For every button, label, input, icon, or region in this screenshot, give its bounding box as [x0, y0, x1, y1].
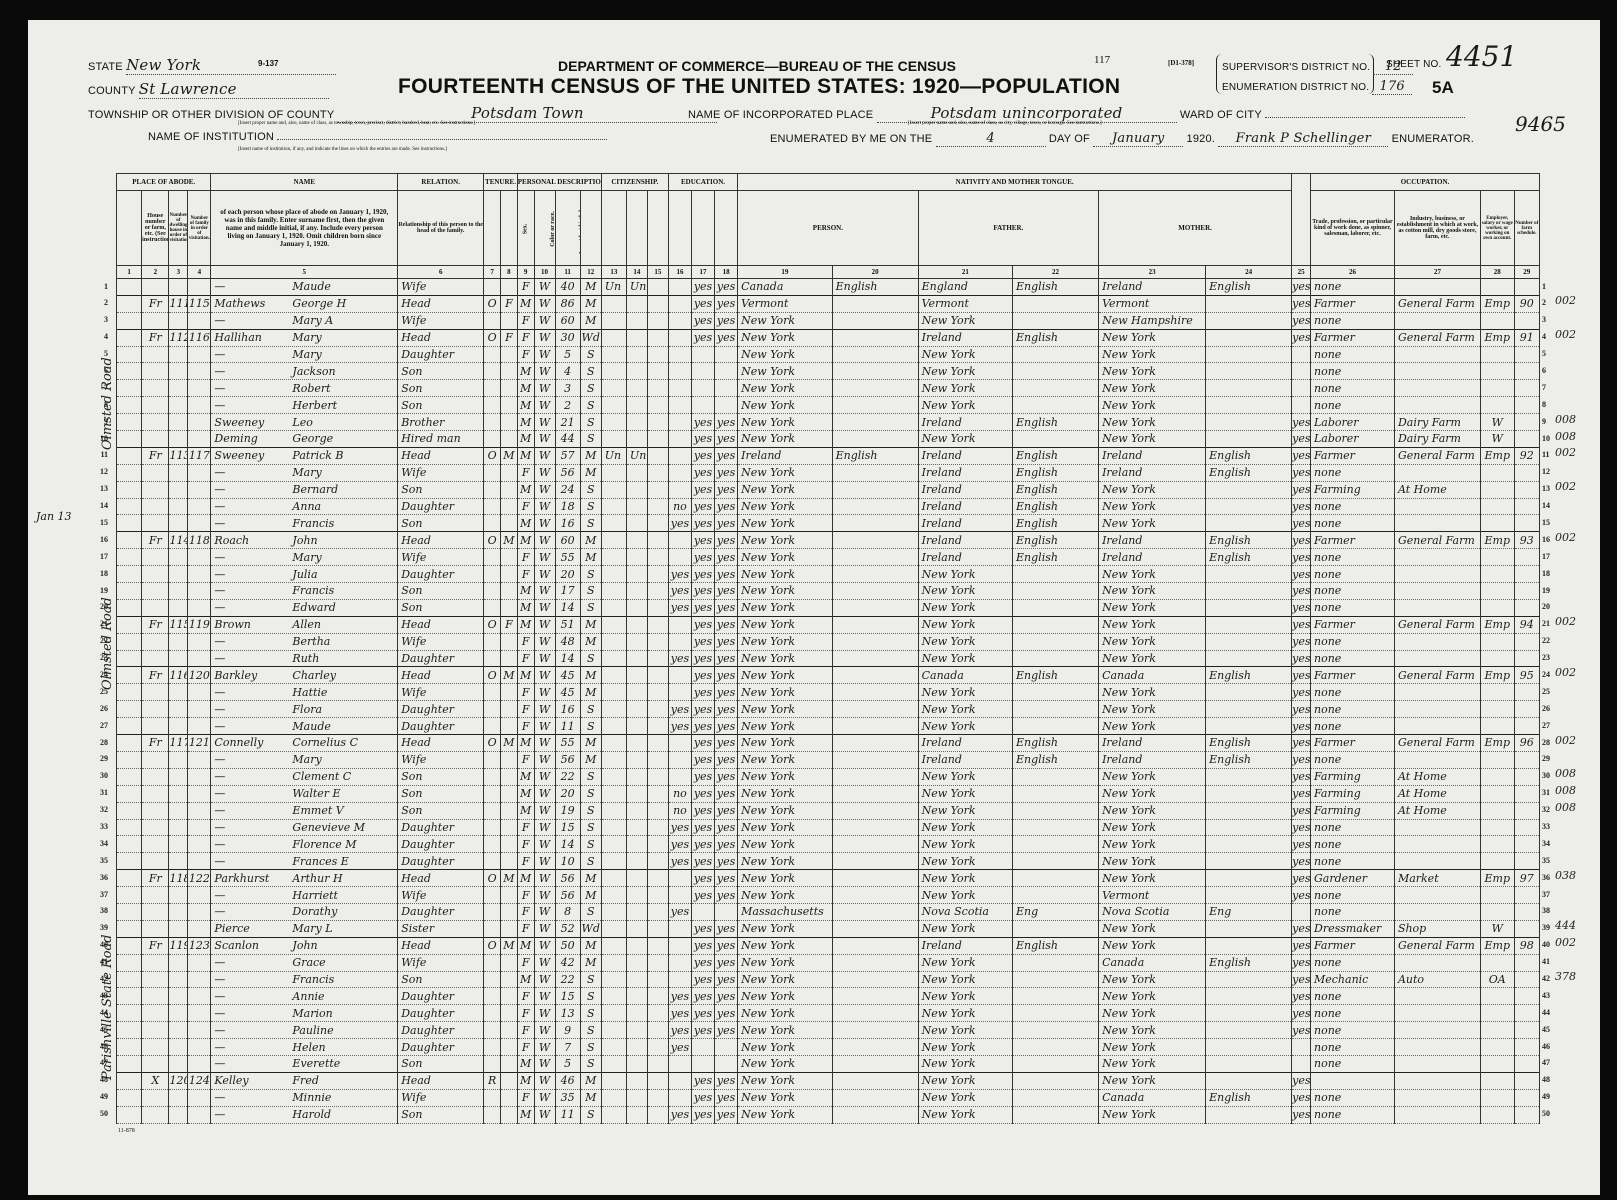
- cell-school: [668, 447, 691, 464]
- cell-school: yes: [668, 836, 691, 853]
- cell-m-tongue: [1206, 1055, 1292, 1072]
- cell-natyr: [647, 363, 668, 380]
- cell-immig: [601, 346, 626, 363]
- table-row: —GraceWifeFW42MyesyesNew YorkNew YorkCan…: [117, 954, 1540, 971]
- cell-owned: O: [484, 937, 501, 954]
- cell-immig: [601, 735, 626, 752]
- cell-class: OA: [1480, 971, 1514, 988]
- occupation-code: 002: [1555, 531, 1576, 544]
- cell-dwelling: [169, 380, 188, 397]
- col-number-2: 2: [142, 266, 169, 279]
- line-number-right: 32: [1542, 805, 1550, 814]
- group-personal: PERSONAL DESCRIPTION.: [517, 174, 601, 191]
- cell-mortgage: [501, 599, 518, 616]
- cell-family: [188, 1039, 211, 1056]
- cell-street: [117, 701, 142, 718]
- cell-street: [117, 633, 142, 650]
- cell-color: W: [534, 329, 555, 346]
- cell-family: [188, 802, 211, 819]
- cell-school: [668, 887, 691, 904]
- cell-pob: New York: [738, 684, 832, 701]
- cell-owned: [484, 819, 501, 836]
- cell-trade: Farmer: [1311, 295, 1395, 312]
- surname: —: [214, 905, 292, 918]
- cell-read: yes: [691, 667, 714, 684]
- surname: Deming: [214, 432, 292, 445]
- cell-natyr: [647, 768, 668, 785]
- cell-nat: [626, 1089, 647, 1106]
- given-name: Harold: [292, 1108, 331, 1121]
- cell-color: W: [534, 887, 555, 904]
- given-name: Fred: [292, 1074, 318, 1087]
- cell-f-tongue: [1013, 380, 1099, 397]
- line-number-left: 22: [94, 636, 108, 645]
- cell-f-pob: Ireland: [918, 937, 1012, 954]
- cell-f-tongue: English: [1013, 549, 1099, 566]
- cell-m-pob: New York: [1099, 1022, 1206, 1039]
- cell-f-pob: New York: [918, 785, 1012, 802]
- cell-natyr: [647, 819, 668, 836]
- cell-farm: [1514, 684, 1539, 701]
- surname: —: [214, 770, 292, 783]
- cell-marital: M: [580, 633, 601, 650]
- cell-f-tongue: [1013, 650, 1099, 667]
- cell-m-pob: New York: [1099, 870, 1206, 887]
- cell-dwelling: 120: [169, 1072, 188, 1089]
- cell-natyr: [647, 836, 668, 853]
- enumeration-label: ENUMERATION DISTRICT NO.: [1222, 82, 1369, 93]
- cell-nat: [626, 515, 647, 532]
- cell-m-pob: Ireland: [1099, 532, 1206, 549]
- cell-tongue: [832, 954, 918, 971]
- cell-age: 14: [555, 836, 580, 853]
- cell-tongue: [832, 312, 918, 329]
- cell-m-pob: New York: [1099, 937, 1206, 954]
- cell-english: yes: [1292, 735, 1311, 752]
- cell-natyr: [647, 701, 668, 718]
- cell-f-tongue: [1013, 1005, 1099, 1022]
- cell-owned: [484, 1005, 501, 1022]
- cell-m-pob: Ireland: [1099, 447, 1206, 464]
- cell-house: [142, 481, 169, 498]
- cell-read: yes: [691, 1089, 714, 1106]
- cell-color: W: [534, 819, 555, 836]
- given-name: Cornelius C: [292, 736, 358, 749]
- cell-relation: Head: [398, 735, 484, 752]
- cell-owned: O: [484, 735, 501, 752]
- cell-trade: none: [1311, 903, 1395, 920]
- cell-read: yes: [691, 295, 714, 312]
- cell-tongue: [832, 363, 918, 380]
- cell-school: [668, 431, 691, 448]
- cell-immig: [601, 903, 626, 920]
- cell-marital: M: [580, 312, 601, 329]
- cell-f-pob: Ireland: [918, 481, 1012, 498]
- cell-family: [188, 633, 211, 650]
- cell-family: [188, 920, 211, 937]
- cell-industry: [1394, 1022, 1480, 1039]
- cell-english: yes: [1292, 785, 1311, 802]
- cell-tongue: [832, 1005, 918, 1022]
- cell-write: yes: [715, 853, 738, 870]
- state-value: New York: [126, 56, 336, 75]
- cell-house: Fr: [142, 870, 169, 887]
- cell-trade: Laborer: [1311, 431, 1395, 448]
- given-name: Maude: [292, 720, 330, 733]
- cell-tongue: [832, 650, 918, 667]
- line-number-left: 7: [94, 383, 108, 392]
- line-number-left: 40: [94, 940, 108, 949]
- cell-pob: New York: [738, 1089, 832, 1106]
- cell-write: yes: [715, 532, 738, 549]
- cell-color: W: [534, 279, 555, 296]
- cell-age: 57: [555, 447, 580, 464]
- cell-tongue: [832, 1022, 918, 1039]
- cell-natyr: [647, 1072, 668, 1089]
- cell-f-tongue: English: [1013, 735, 1099, 752]
- given-name: Hattie: [292, 686, 327, 699]
- cell-immig: [601, 1022, 626, 1039]
- cell-mortgage: M: [501, 532, 518, 549]
- line-number-left: 39: [94, 923, 108, 932]
- line-number-left: 14: [94, 501, 108, 510]
- cell-sex: M: [517, 667, 534, 684]
- cell-owned: [484, 751, 501, 768]
- cell-marital: S: [580, 903, 601, 920]
- cell-street: [117, 971, 142, 988]
- cell-relation: Daughter: [398, 498, 484, 515]
- line-number-left: 26: [94, 704, 108, 713]
- cell-m-pob: Canada: [1099, 1089, 1206, 1106]
- cell-m-pob: Ireland: [1099, 735, 1206, 752]
- cell-marital: M: [580, 464, 601, 481]
- cell-read: yes: [691, 532, 714, 549]
- cell-m-tongue: [1206, 870, 1292, 887]
- cell-age: 46: [555, 1072, 580, 1089]
- given-name: Mary: [292, 348, 321, 361]
- cell-f-pob: New York: [918, 1039, 1012, 1056]
- cell-immig: [601, 498, 626, 515]
- cell-street: [117, 650, 142, 667]
- cell-english: yes: [1292, 988, 1311, 1005]
- township-hint: [Insert proper name and, also, name of c…: [238, 121, 475, 126]
- cell-farm: [1514, 954, 1539, 971]
- cell-name: —Julia: [211, 566, 398, 583]
- cell-color: W: [534, 312, 555, 329]
- col-2-header: House number or farm, etc. (See instruct…: [142, 191, 169, 266]
- cell-immig: [601, 566, 626, 583]
- cell-m-pob: New York: [1099, 633, 1206, 650]
- cell-farm: [1514, 650, 1539, 667]
- given-name: Mary: [292, 753, 321, 766]
- cell-english: yes: [1292, 481, 1311, 498]
- cell-industry: [1394, 1039, 1480, 1056]
- enumerated-year: 1920.: [1187, 133, 1216, 145]
- cell-read: yes: [691, 549, 714, 566]
- cell-m-tongue: [1206, 768, 1292, 785]
- cell-m-tongue: [1206, 937, 1292, 954]
- cell-family: [188, 397, 211, 414]
- surname: —: [214, 703, 292, 716]
- cell-immig: [601, 515, 626, 532]
- line-number-left: 15: [94, 518, 108, 527]
- cell-name: ConnellyCornelius C: [211, 735, 398, 752]
- cell-farm: [1514, 920, 1539, 937]
- cell-tongue: [832, 735, 918, 752]
- cell-write: yes: [715, 819, 738, 836]
- cell-mortgage: [501, 920, 518, 937]
- cell-street: [117, 1072, 142, 1089]
- cell-immig: [601, 583, 626, 600]
- cell-m-pob: New York: [1099, 836, 1206, 853]
- cell-f-pob: New York: [918, 1072, 1012, 1089]
- cell-tongue: English: [832, 279, 918, 296]
- col-number-18: 18: [715, 266, 738, 279]
- surname: —: [214, 956, 292, 969]
- table-row: Fr111115MathewsGeorge HHeadOFMW86Myesyes…: [117, 295, 1540, 312]
- cell-dwelling: [169, 431, 188, 448]
- cell-f-pob: England: [918, 279, 1012, 296]
- cell-dwelling: [169, 785, 188, 802]
- cell-mortgage: [501, 498, 518, 515]
- surname: Pierce: [214, 922, 292, 935]
- cell-natyr: [647, 1106, 668, 1123]
- cell-m-tongue: [1206, 819, 1292, 836]
- col-15-header: If naturalized, year of naturalization.: [647, 191, 668, 266]
- cell-marital: S: [580, 1039, 601, 1056]
- cell-age: 51: [555, 616, 580, 633]
- cell-nat: [626, 431, 647, 448]
- given-name: Francis: [292, 973, 334, 986]
- cell-color: W: [534, 566, 555, 583]
- cell-age: 24: [555, 481, 580, 498]
- cell-f-pob: New York: [918, 920, 1012, 937]
- cell-write: yes: [715, 329, 738, 346]
- cell-name: —Helen: [211, 1039, 398, 1056]
- given-name: Mary A: [292, 314, 333, 327]
- cell-farm: [1514, 751, 1539, 768]
- cell-farm: [1514, 887, 1539, 904]
- cell-natyr: [647, 887, 668, 904]
- cell-write: yes: [715, 414, 738, 431]
- cell-sex: F: [517, 650, 534, 667]
- cell-trade: none: [1311, 954, 1395, 971]
- cell-f-pob: New York: [918, 684, 1012, 701]
- line-number-left: 2: [94, 298, 108, 307]
- cell-class: [1480, 515, 1514, 532]
- cell-class: [1480, 954, 1514, 971]
- cell-dwelling: [169, 279, 188, 296]
- occupation-code: 002: [1555, 446, 1576, 459]
- cell-house: [142, 768, 169, 785]
- cell-read: yes: [691, 414, 714, 431]
- cell-m-pob: Ireland: [1099, 464, 1206, 481]
- cell-street: [117, 1039, 142, 1056]
- cell-f-tongue: [1013, 819, 1099, 836]
- cell-age: 14: [555, 650, 580, 667]
- cell-family: 122: [188, 870, 211, 887]
- cell-industry: Auto: [1394, 971, 1480, 988]
- cell-marital: S: [580, 363, 601, 380]
- line-number-right: 47: [1542, 1058, 1550, 1067]
- cell-mortgage: [501, 1039, 518, 1056]
- cell-m-tongue: [1206, 988, 1292, 1005]
- cell-pob: New York: [738, 549, 832, 566]
- cell-dwelling: [169, 1089, 188, 1106]
- cell-school: yes: [668, 819, 691, 836]
- cell-name: —Mary: [211, 464, 398, 481]
- cell-pob: New York: [738, 650, 832, 667]
- cell-relation: Daughter: [398, 1022, 484, 1039]
- line-number-left: 28: [94, 738, 108, 747]
- cell-relation: Daughter: [398, 853, 484, 870]
- cell-class: [1480, 802, 1514, 819]
- cell-read: yes: [691, 616, 714, 633]
- father-header: FATHER.: [918, 191, 1098, 266]
- col-11-header: Age at last birthday.: [555, 191, 580, 266]
- occupation-code: 002: [1555, 936, 1576, 949]
- table-row: —JacksonSonMW4SNew YorkNew YorkNew Yorkn…: [117, 363, 1540, 380]
- cell-mortgage: [501, 802, 518, 819]
- cell-f-pob: New York: [918, 836, 1012, 853]
- cell-english: yes: [1292, 447, 1311, 464]
- cell-natyr: [647, 515, 668, 532]
- col-number-20: 20: [832, 266, 918, 279]
- surname: Roach: [214, 534, 292, 547]
- cell-read: yes: [691, 498, 714, 515]
- cell-owned: [484, 397, 501, 414]
- cell-m-tongue: [1206, 650, 1292, 667]
- cell-sex: M: [517, 971, 534, 988]
- cell-marital: S: [580, 1005, 601, 1022]
- cell-f-tongue: [1013, 684, 1099, 701]
- cell-write: yes: [715, 735, 738, 752]
- cell-relation: Wife: [398, 887, 484, 904]
- cell-street: [117, 1005, 142, 1022]
- cell-immig: [601, 937, 626, 954]
- cell-relation: Son: [398, 380, 484, 397]
- cell-f-pob: New York: [918, 1106, 1012, 1123]
- cell-f-pob: New York: [918, 566, 1012, 583]
- cell-trade: Farmer: [1311, 447, 1395, 464]
- cell-tongue: [832, 1106, 918, 1123]
- cell-immig: [601, 312, 626, 329]
- line-number-right: 43: [1542, 991, 1550, 1000]
- cell-age: 52: [555, 920, 580, 937]
- occupation-code: 008: [1555, 413, 1576, 426]
- cell-relation: Son: [398, 583, 484, 600]
- table-row: —MinnieWifeFW35MyesyesNew YorkNew YorkCa…: [117, 1089, 1540, 1106]
- cell-mortgage: [501, 1072, 518, 1089]
- cell-immig: [601, 1039, 626, 1056]
- cell-read: [691, 1055, 714, 1072]
- given-name: Allen: [292, 618, 321, 631]
- cell-class: [1480, 785, 1514, 802]
- cell-age: 20: [555, 566, 580, 583]
- cell-pob: New York: [738, 414, 832, 431]
- institution-hint: [Insert name of institution, if any, and…: [238, 147, 447, 152]
- surname: Kelley: [214, 1074, 292, 1087]
- cell-family: [188, 566, 211, 583]
- cell-relation: Head: [398, 295, 484, 312]
- cell-sex: M: [517, 397, 534, 414]
- sheet-stamp: 4451: [1446, 40, 1517, 73]
- cell-family: [188, 650, 211, 667]
- cell-owned: R: [484, 1072, 501, 1089]
- cell-m-pob: New York: [1099, 329, 1206, 346]
- cell-sex: F: [517, 498, 534, 515]
- cell-write: yes: [715, 870, 738, 887]
- cell-house: [142, 414, 169, 431]
- cell-tongue: [832, 346, 918, 363]
- cell-mortgage: [501, 380, 518, 397]
- cell-age: 2: [555, 397, 580, 414]
- line-number-left: 12: [94, 467, 108, 476]
- cell-m-tongue: [1206, 414, 1292, 431]
- cell-house: [142, 802, 169, 819]
- table-row: —AnnaDaughterFW18SnoyesyesNew YorkIrelan…: [117, 498, 1540, 515]
- cell-industry: General Farm: [1394, 329, 1480, 346]
- cell-age: 35: [555, 1089, 580, 1106]
- cell-immig: [601, 1005, 626, 1022]
- cell-dwelling: [169, 988, 188, 1005]
- cell-farm: 90: [1514, 295, 1539, 312]
- cell-house: [142, 785, 169, 802]
- line-number-left: 24: [94, 670, 108, 679]
- given-name: Pauline: [292, 1024, 333, 1037]
- cell-sex: F: [517, 1005, 534, 1022]
- cell-school: [668, 549, 691, 566]
- cell-english: yes: [1292, 701, 1311, 718]
- cell-sex: M: [517, 431, 534, 448]
- given-name: Grace: [292, 956, 325, 969]
- col-number-19: 19: [738, 266, 832, 279]
- cell-immig: [601, 819, 626, 836]
- cell-f-pob: New York: [918, 887, 1012, 904]
- cell-read: yes: [691, 1072, 714, 1089]
- cell-owned: [484, 498, 501, 515]
- cell-m-tongue: English: [1206, 532, 1292, 549]
- line-number-left: 36: [94, 873, 108, 882]
- cell-color: W: [534, 498, 555, 515]
- cell-read: yes: [691, 684, 714, 701]
- cell-pob: Massachusetts: [738, 903, 832, 920]
- cell-relation: Son: [398, 397, 484, 414]
- cell-family: [188, 701, 211, 718]
- cell-f-tongue: English: [1013, 667, 1099, 684]
- cell-m-pob: Vermont: [1099, 295, 1206, 312]
- cell-age: 15: [555, 819, 580, 836]
- cell-tongue: [832, 380, 918, 397]
- cell-m-tongue: [1206, 1039, 1292, 1056]
- cell-dwelling: 112: [169, 329, 188, 346]
- cell-class: [1480, 583, 1514, 600]
- given-name: John: [292, 534, 317, 547]
- cell-english: yes: [1292, 279, 1311, 296]
- cell-age: 18: [555, 498, 580, 515]
- cell-age: 45: [555, 684, 580, 701]
- cell-house: [142, 312, 169, 329]
- col-18-header: Whether able to write.: [715, 191, 738, 266]
- cell-farm: [1514, 312, 1539, 329]
- cell-house: [142, 1039, 169, 1056]
- cell-owned: [484, 363, 501, 380]
- col-14-header: Naturalized or alien.: [626, 191, 647, 266]
- cell-read: yes: [691, 1022, 714, 1039]
- cell-owned: [484, 971, 501, 988]
- cell-m-tongue: Eng: [1206, 903, 1292, 920]
- table-row: —MaudeDaughterFW11SyesyesyesNew YorkNew …: [117, 718, 1540, 735]
